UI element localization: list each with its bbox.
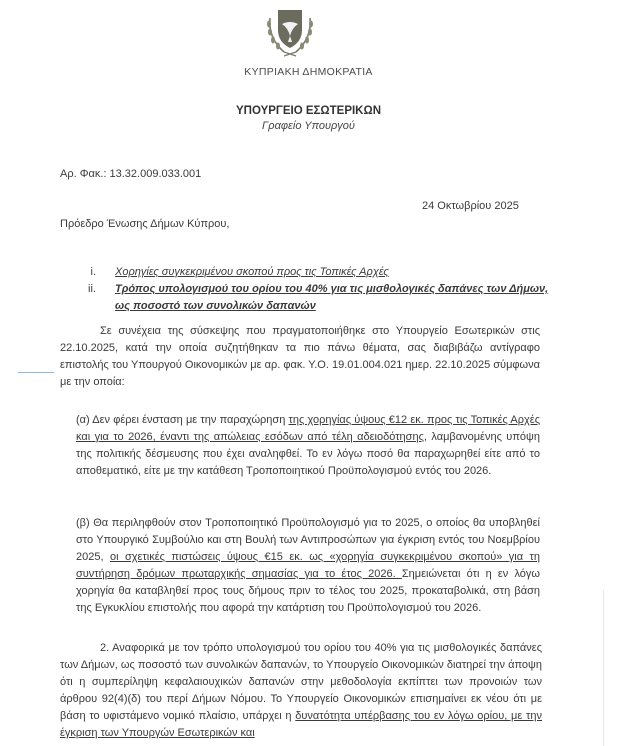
subject-text: Χορηγίες συγκεκριμένου σκοπού προς τις Τ… <box>115 264 389 281</box>
cyprus-coat-of-arms-icon <box>262 8 318 62</box>
subject-item: ii. Τρόπος υπολογισμού του ορίου του 40%… <box>66 281 566 315</box>
subject-item: i. Χορηγίες συγκεκριμένου σκοπού προς τι… <box>66 264 566 281</box>
office-name: Γραφείο Υπουργού <box>0 120 617 132</box>
subject-number: ii. <box>66 281 115 315</box>
point-a-paragraph: (α) Δεν φέρει ένσταση με την παραχώρηση … <box>76 412 540 480</box>
point-b-paragraph: (β) Θα περιληφθούν στον Τροποποιητικό Πρ… <box>76 515 540 617</box>
point-2-paragraph: 2. Αναφορικά με τον τρόπο υπολογισμού το… <box>60 640 542 742</box>
subject-number: i. <box>66 264 115 281</box>
addressee: Πρόεδρο Ένωσης Δήμων Κύπρου, <box>60 216 230 233</box>
subject-list: i. Χορηγίες συγκεκριμένου σκοπού προς τι… <box>66 264 566 315</box>
subject-text: Τρόπος υπολογισμού του ορίου του 40% για… <box>115 281 566 315</box>
file-reference: Αρ. Φακ.: 13.32.009.033.001 <box>60 166 201 183</box>
intro-paragraph: Σε συνέχεια της σύσκεψης που πραγματοποι… <box>60 323 540 391</box>
letter-date: 24 Οκτωβρίου 2025 <box>422 198 519 215</box>
margin-mark <box>18 372 54 373</box>
point-a-text: (α) Δεν φέρει ένσταση με την παραχώρηση <box>76 414 289 426</box>
page-edge-line <box>603 590 604 746</box>
letter-page: ΚΥΠΡΙΑΚΗ ΔΗΜΟΚΡΑΤΙΑ ΥΠΟΥΡΓΕΙΟ ΕΣΩΤΕΡΙΚΩΝ… <box>0 0 617 746</box>
ministry-name: ΥΠΟΥΡΓΕΙΟ ΕΣΩΤΕΡΙΚΩΝ <box>0 105 617 117</box>
republic-name: ΚΥΠΡΙΑΚΗ ΔΗΜΟΚΡΑΤΙΑ <box>0 66 617 78</box>
